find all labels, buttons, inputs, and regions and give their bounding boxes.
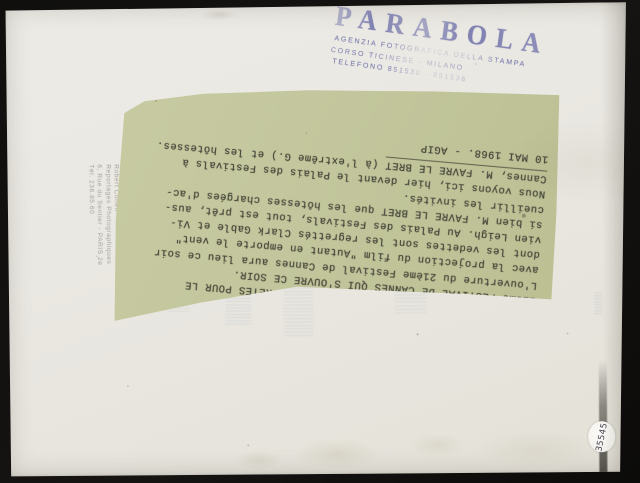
photographer-phone: Tél. 236.85.60 — [86, 164, 95, 342]
archive-number-sticker: 35545 — [588, 421, 615, 452]
parabola-stamp-phone: TELEFONO 851530 - 851536 — [331, 56, 544, 96]
photographer-activity: Reportages Photographiques — [103, 164, 112, 342]
photo-verso-scan: AGIP Robert Cohen Reportages Photographi… — [0, 0, 640, 483]
archive-number: 35545 — [594, 422, 610, 452]
faint-stamp-mark — [283, 284, 313, 336]
parabola-agency-stamp: PARABOLA AGENZIA FOTOGRAFICA DELLA STAMP… — [329, 1, 552, 96]
parabola-stamp-title: PARABOLA — [333, 0, 551, 62]
photo-back-paper: AGIP Robert Cohen Reportages Photographi… — [5, 2, 630, 477]
paper-crease-shadow — [599, 360, 608, 474]
parabola-stamp-address: CORSO TICINESE - MILANO — [330, 44, 546, 85]
dust-specks — [5, 6, 7, 8]
caption-label: M. FAVRE LE BRET ET LES HOTESSES SONT PR… — [103, 85, 562, 324]
parabola-stamp-subtitle: AGENZIA FOTOGRAFICA DELLA STAMPA — [334, 33, 548, 74]
faint-stamp-mark — [594, 292, 602, 314]
typewritten-caption: M. FAVRE LE BRET ET LES HOTESSES SONT PR… — [112, 80, 552, 323]
photographer-address: 6, Rue du Sentier - PARIS 2e — [94, 164, 103, 342]
